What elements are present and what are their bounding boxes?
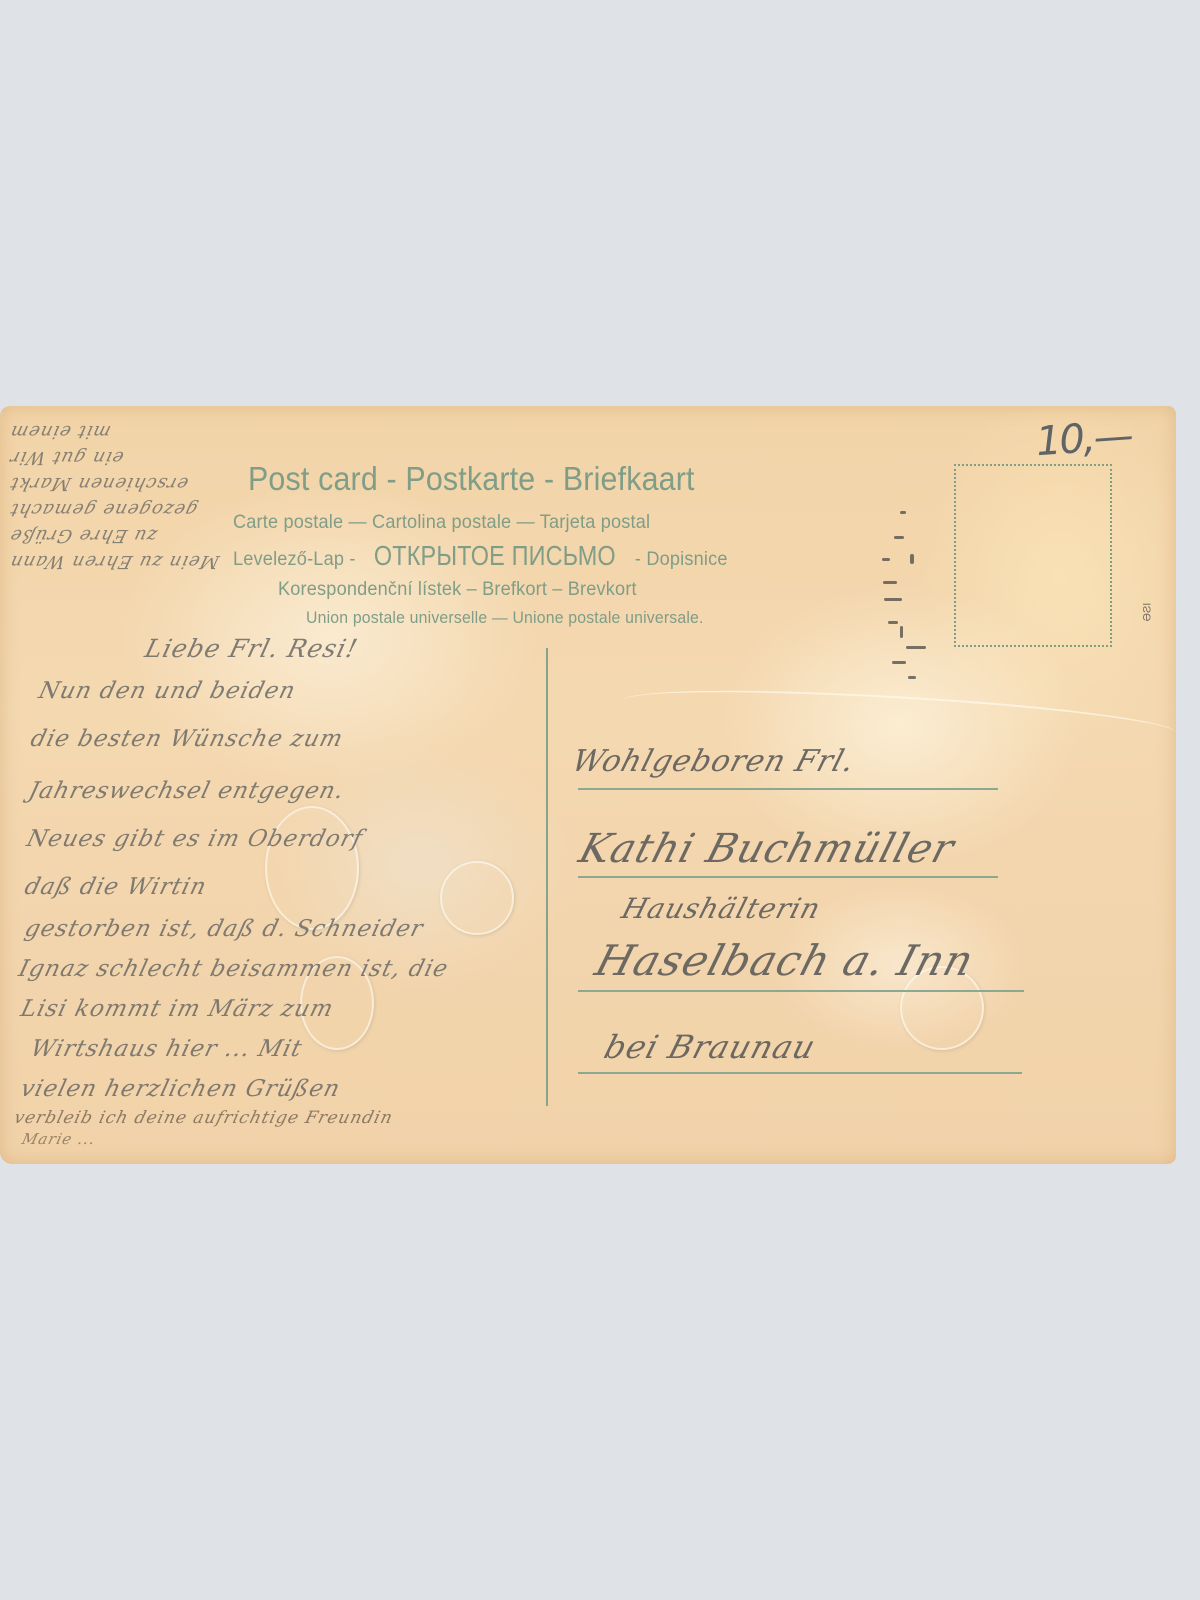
header-hungarian: Levelező-Lap -	[233, 548, 361, 570]
header-line-4: Korespondenční lístek – Brefkort – Brevk…	[278, 578, 799, 601]
inverted-handwriting: Mein zu Ehren Wann zu Ehre Grüße gezogen…	[10, 418, 250, 574]
price-pencil-mark: 10,—	[1035, 413, 1134, 466]
postcard-back: Mein zu Ehren Wann zu Ehre Grüße gezogen…	[0, 406, 1176, 1164]
message-line: Lisi kommt im März zum	[18, 996, 336, 1022]
message-line: Nun den und beiden	[36, 678, 299, 704]
inverted-line: ein gut Wir	[7, 444, 253, 470]
address-rule	[578, 1072, 1022, 1074]
inverted-line: erschienen Markt	[7, 470, 253, 496]
header-upu-line: Union postale universelle — Unione posta…	[306, 608, 771, 628]
address-salutation: Wohlgeboren Frl.	[568, 744, 859, 779]
signature: Marie ...	[20, 1130, 98, 1148]
message-line: verbleib ich deine aufrichtige Freundin	[12, 1108, 395, 1128]
edge-mark: ƏƧI	[1141, 603, 1153, 622]
stamp-box	[954, 464, 1112, 647]
message-line: Jahreswechsel entgegen.	[26, 778, 347, 804]
recipient-town: Haselbach a. Inn	[590, 936, 980, 985]
message-line: Wirtshaus hier ... Mit	[28, 1036, 305, 1062]
inverted-line: gezogene gemacht	[7, 496, 253, 522]
inverted-line: mit einem	[7, 418, 253, 444]
header-title: Post card - Postkarte - Briefkaart	[248, 460, 800, 498]
postmark-icon	[880, 506, 940, 676]
emboss-ornament	[265, 806, 359, 930]
message-line: daß die Wirtin	[22, 874, 210, 900]
message-line: Ignaz schlecht beisammen ist, die	[16, 956, 451, 982]
recipient-name: Kathi Buchmüller	[574, 826, 960, 872]
header-line-3: Levelező-Lap - ОТКРЫТОЕ ПИСЬМО - Dopisni…	[233, 540, 828, 572]
emboss-ornament	[440, 861, 514, 935]
address-rule	[578, 990, 1024, 992]
recipient-region: bei Braunau	[600, 1028, 821, 1066]
message-line: gestorben ist, daß d. Schneider	[22, 916, 426, 942]
address-rule	[578, 788, 998, 790]
inverted-line: Mein zu Ehren Wann	[7, 548, 253, 574]
message-line: die besten Wünsche zum	[28, 726, 346, 752]
inverted-line: zu Ehre Grüße	[7, 522, 253, 548]
header-russian: ОТКРЫТОЕ ПИСЬМО	[374, 540, 616, 572]
header-croatian: - Dopisnice	[630, 548, 728, 570]
address-rule	[578, 876, 998, 878]
message-line: vielen herzlichen Grüßen	[18, 1076, 343, 1102]
greeting: Liebe Frl. Resi!	[142, 634, 361, 663]
message-line: Neues gibt es im Oberdorf	[24, 826, 366, 852]
header-line-2: Carte postale — Cartolina postale — Tarj…	[233, 511, 819, 534]
message-address-divider	[546, 648, 548, 1106]
recipient-occupation: Haushälterin	[618, 892, 825, 925]
